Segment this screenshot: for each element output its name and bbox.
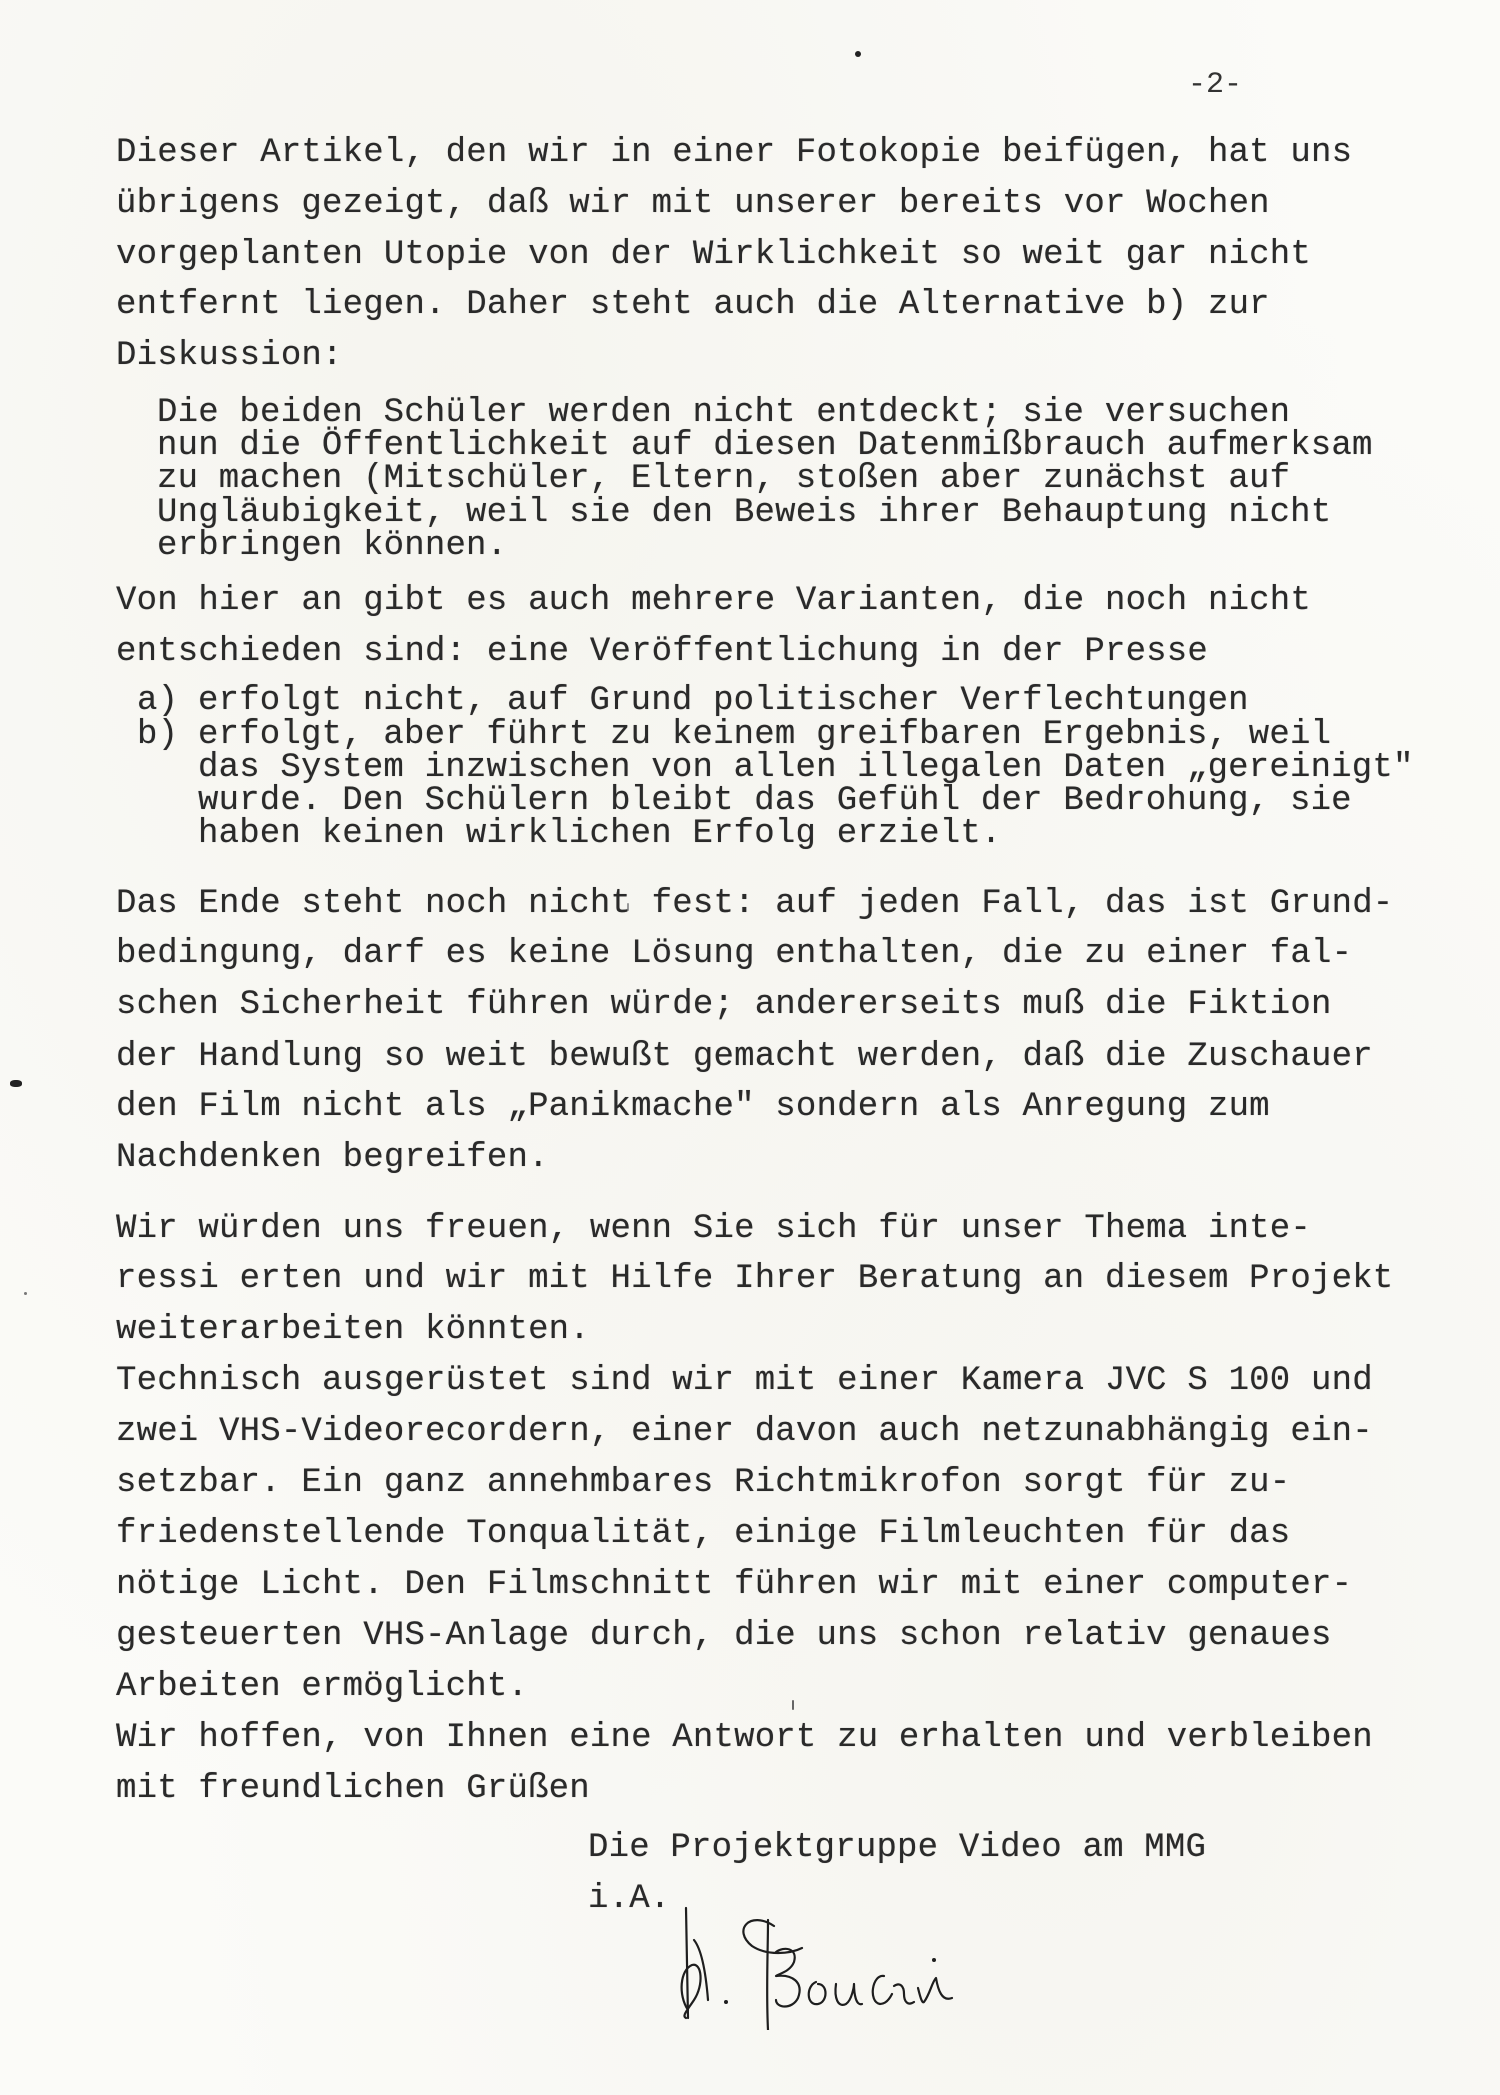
list-marker: a) (137, 684, 178, 718)
text-line: Nachdenken begreifen. (116, 1141, 549, 1175)
list-marker: b) (137, 718, 178, 752)
text-line: friedenstellende Tonqualität, einige Fil… (116, 1517, 1290, 1551)
text-line: nötige Licht. Den Filmschnitt führen wir… (116, 1568, 1352, 1602)
text-line: bedingung, darf es keine Lösung enthalte… (116, 937, 1352, 971)
text-line: das System inzwischen von allen illegale… (198, 751, 1414, 785)
text-line: vorgeplanten Utopie von der Wirklichkeit… (116, 238, 1311, 272)
text-line: Wir hoffen, von Ihnen eine Antwort zu er… (116, 1721, 1373, 1755)
text-line: der Handlung so weit bewußt gemacht werd… (116, 1040, 1373, 1074)
text-line: gesteuerten VHS-Anlage durch, die uns sc… (116, 1619, 1332, 1653)
text-line: entschieden sind: eine Veröffentlichung … (116, 635, 1208, 669)
text-line: wurde. Den Schülern bleibt das Gefühl de… (198, 784, 1352, 818)
ink-mark-margin (10, 1080, 22, 1087)
text-line: Arbeiten ermöglicht. (116, 1670, 528, 1704)
text-line: mit freundlichen Grüßen (116, 1772, 590, 1806)
letter-page: -2- Dieser Artikel, den wir in einer Fot… (0, 0, 1500, 2095)
text-line: den Film nicht als „Panikmache" sondern … (116, 1090, 1270, 1124)
ink-speck-lower (792, 1700, 794, 1710)
text-line: Wir würden uns freuen, wenn Sie sich für… (116, 1212, 1311, 1246)
ink-speck-margin (24, 1292, 27, 1295)
text-line: übrigens gezeigt, daß wir mit unserer be… (116, 187, 1270, 221)
text-line: nun die Öffentlichkeit auf diesen Datenm… (157, 429, 1373, 463)
text-line: Die beiden Schüler werden nicht entdeckt… (157, 396, 1290, 430)
text-line: schen Sicherheit führen würde; andererse… (116, 988, 1332, 1022)
text-line: ressi erten und wir mit Hilfe Ihrer Bera… (116, 1262, 1393, 1296)
text-line: Technisch ausgerüstet sind wir mit einer… (116, 1364, 1373, 1398)
text-line: zwei VHS-Videorecordern, einer davon auc… (116, 1415, 1373, 1449)
text-line: entfernt liegen. Daher steht auch die Al… (116, 288, 1270, 322)
text-line: haben keinen wirklichen Erfolg erzielt. (198, 817, 1002, 851)
text-line: Das Ende steht noch nicht fest: auf jede… (116, 887, 1393, 921)
sender-line: Die Projektgruppe Video am MMG (588, 1831, 1206, 1865)
on-behalf-line: i.A. (588, 1882, 670, 1916)
text-line: erbringen können. (157, 529, 507, 563)
text-line: erfolgt nicht, auf Grund politischer Ver… (198, 684, 1249, 718)
text-line: Ungläubigkeit, weil sie den Beweis ihrer… (157, 496, 1331, 530)
ink-speck-top (855, 51, 861, 57)
text-line: setzbar. Ein ganz annehmbares Richtmikro… (116, 1466, 1290, 1500)
text-line: Diskussion: (116, 339, 343, 373)
signature-icon (672, 1890, 1072, 2030)
text-line: erfolgt, aber führt zu keinem greifbaren… (198, 718, 1331, 752)
text-line: weiterarbeiten könnten. (116, 1313, 590, 1347)
page-number: -2- (1188, 68, 1242, 102)
text-line: zu machen (Mitschüler, Eltern, stoßen ab… (157, 462, 1290, 496)
text-line: Dieser Artikel, den wir in einer Fotokop… (116, 136, 1352, 170)
text-line: Von hier an gibt es auch mehrere Variant… (116, 584, 1311, 618)
